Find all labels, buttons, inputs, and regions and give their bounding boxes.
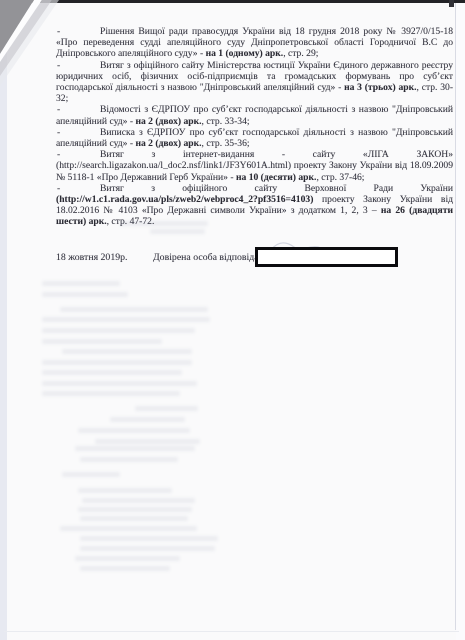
ghost-line	[80, 546, 215, 551]
ghost-line	[75, 556, 180, 561]
ghost-line	[80, 536, 218, 541]
ghost-line	[120, 221, 208, 226]
ghost-line	[42, 360, 192, 365]
list-item: -Відомості з ЄДРПОУ про суб’єкт господар…	[56, 104, 453, 126]
scanner-right-margin	[456, 0, 465, 640]
list-item: -Витяг з інтернет-видання - сайту «ЛІГА …	[56, 149, 453, 183]
ghost-line	[42, 292, 128, 297]
ghost-line	[80, 516, 188, 521]
ghost-line	[42, 328, 195, 333]
signature-row: 18 жовтня 2019р. Довірена особа відповід…	[56, 246, 456, 272]
ghost-line	[62, 472, 120, 477]
ghost-line	[42, 281, 120, 286]
ghost-line	[110, 417, 185, 422]
ghost-line	[42, 381, 197, 386]
list-item: -Витяг з офіційного сайту Верховної Ради…	[56, 183, 453, 228]
ghost-line	[150, 229, 205, 234]
ghost-line	[78, 488, 172, 493]
signature-label: Довірена особа відповідача	[153, 252, 267, 263]
redaction-box	[255, 247, 398, 267]
ghost-line	[42, 391, 180, 396]
ghost-line	[75, 446, 195, 451]
document-body: -Рішення Вищої ради правосуддя України в…	[56, 26, 453, 228]
ghost-line	[78, 507, 192, 512]
list-dash: -	[57, 127, 60, 138]
ghost-line	[80, 457, 178, 462]
signature-date: 18 жовтня 2019р.	[56, 252, 127, 263]
ghost-line	[60, 526, 197, 531]
ghost-line	[80, 566, 170, 571]
list-item: -Витяг з офіційного сайту Міністерства ю…	[56, 60, 453, 105]
scanned-document-page: { "document": { "items": [ { "marker": "…	[0, 0, 465, 640]
list-dash: -	[57, 104, 60, 115]
list-item: -Виписка з ЄДРПОУ про суб’єкт господарсь…	[56, 127, 453, 149]
list-item: -Рішення Вищої ради правосуддя України в…	[56, 26, 453, 60]
page-right-edge-line	[455, 0, 456, 630]
ghost-line	[42, 339, 162, 344]
list-dash: -	[57, 26, 60, 37]
ghost-line	[82, 498, 195, 503]
ghost-line	[42, 317, 210, 322]
ghost-line	[135, 406, 198, 411]
ghost-line	[62, 349, 192, 354]
list-dash: -	[57, 183, 60, 194]
list-dash: -	[57, 60, 60, 71]
scan-corner-mark	[449, 0, 454, 7]
ghost-line	[78, 428, 190, 433]
ghost-line	[60, 307, 208, 312]
list-dash: -	[57, 149, 60, 160]
ghost-line	[95, 439, 200, 444]
page-bottom-edge-line	[4, 631, 459, 632]
ghost-line	[42, 370, 182, 375]
